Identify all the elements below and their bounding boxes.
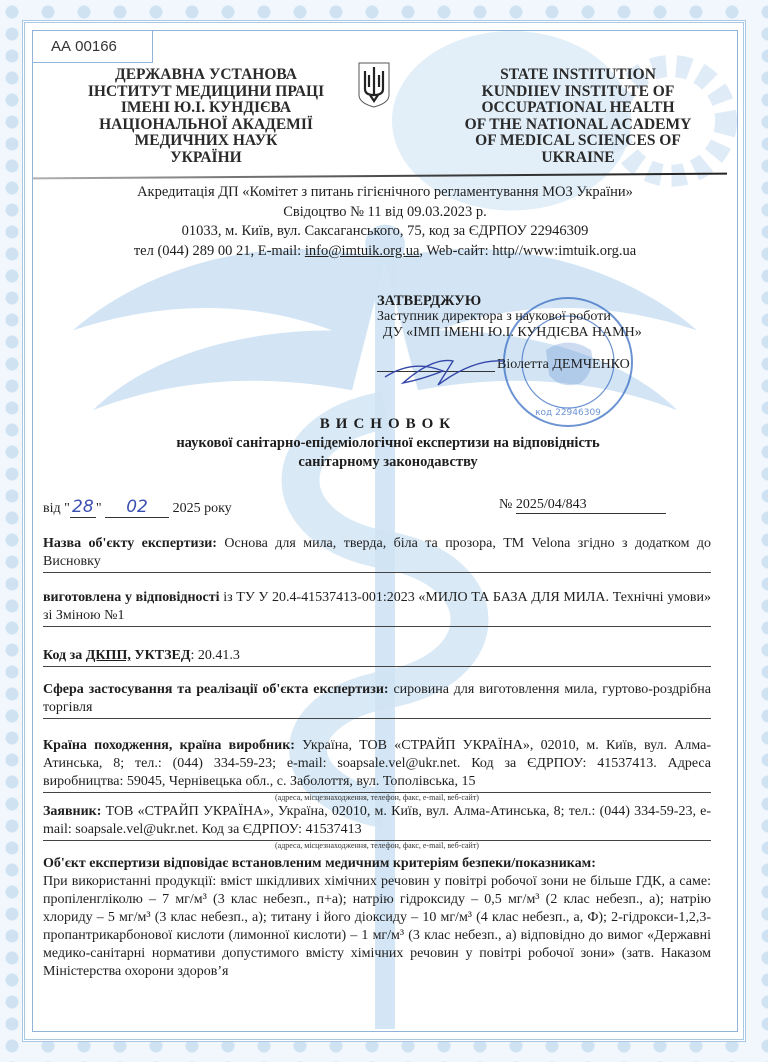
date-day: 28 <box>70 497 96 518</box>
header-ua-line: ДЕРЖАВНА УСТАНОВА <box>71 67 341 84</box>
web-label: , Web-сайт: <box>419 243 492 259</box>
header-en-line: STATE INSTITUTION <box>453 67 703 84</box>
header-ua-line: ІНСТИТУТ МЕДИЦИНИ ПРАЦІ <box>71 84 341 101</box>
field-caption: (адреса, місцезнаходження, телефон, факс… <box>43 841 711 850</box>
phone-text: тел (044) 289 00 21, E-mail: <box>134 243 305 259</box>
field-code: Код за ДКПП, УКТЗЕД: 20.41.3 <box>43 647 711 667</box>
institution-name-ua: ДЕРЖАВНА УСТАНОВА ІНСТИТУТ МЕДИЦИНИ ПРАЦ… <box>71 67 341 166</box>
compliance-section: Об'єкт експертизи відповідає встановлени… <box>43 855 711 981</box>
field-label: Назва об'єкту експертизи: <box>43 536 217 551</box>
field-label: Країна походження, країна виробник: <box>43 738 295 753</box>
accreditation-block: Акредитація ДП «Комітет з питань гігієні… <box>53 183 717 261</box>
address-line: 01033, м. Київ, вул. Саксаганського, 75,… <box>53 222 717 242</box>
conclusion-subtitle: наукової санітарно-епідеміологічної експ… <box>93 434 683 453</box>
handwritten-signature-icon <box>383 349 513 389</box>
field-label: УКТЗЕД <box>131 648 191 663</box>
field-caption: (адреса, місцезнаходження, телефон, факс… <box>43 793 711 802</box>
field-value: ТОВ «СТРАЙП УКРАЇНА», Україна, 02010, м.… <box>43 804 711 837</box>
header-ua-line: НАЦІОНАЛЬНОЇ АКАДЕМІЇ <box>71 117 341 134</box>
serial-number: АА 00166 <box>33 31 153 63</box>
header-en-line: OF THE NATIONAL ACADEMY <box>453 117 703 134</box>
institution-name-en: STATE INSTITUTION KUNDIIEV INSTITUTE OF … <box>453 67 703 166</box>
field-label: Код за <box>43 648 86 663</box>
approver-position: Заступник директора з наукової роботи <box>377 309 737 325</box>
contact-line: тел (044) 289 00 21, E-mail: info@imtuik… <box>53 242 717 262</box>
certificate-page: АА 00166 ДЕРЖАВНА УСТАНОВА ІНСТИТУТ МЕДИ… <box>32 30 738 1032</box>
number-value: 2025/04/843 <box>516 497 666 514</box>
field-label: виготовлена у відповідності <box>43 590 220 605</box>
accreditation-line: Акредитація ДП «Комітет з питань гігієні… <box>53 183 717 203</box>
field-scope: Сфера застосування та реалізації об'єкта… <box>43 681 711 719</box>
approver-organization: ДУ «ІМП ІМЕНІ Ю.І. КУНДІЄВА НАМН» <box>377 325 737 341</box>
website-link[interactable]: http//www:imtuik.org.ua <box>492 243 636 259</box>
field-label: Сфера застосування та реалізації об'єкта… <box>43 682 389 697</box>
compliance-heading: Об'єкт експертизи відповідає встановлени… <box>43 855 711 873</box>
header-ua-line: МЕДИЧНИХ НАУК <box>71 133 341 150</box>
certificate-line: Свідоцтво № 11 від 09.03.2023 р. <box>53 203 717 223</box>
date-prefix: від <box>43 501 61 516</box>
conclusion-title: ВИСНОВОК <box>93 415 683 434</box>
header-divider <box>33 173 727 180</box>
number-prefix: № <box>499 497 512 512</box>
field-origin: Країна походження, країна виробник: Укра… <box>43 737 711 793</box>
header-ua-line: УКРАЇНИ <box>71 150 341 167</box>
approver-name: Віолетта ДЕМЧЕНКО <box>497 357 630 373</box>
field-manufactured: виготовлена у відповідності із ТУ У 20.4… <box>43 589 711 627</box>
field-label: Заявник: <box>43 804 101 819</box>
field-label-link: ДКПП, <box>86 648 131 663</box>
date-year: 2025 року <box>173 501 232 516</box>
field-applicant: Заявник: ТОВ «СТРАЙП УКРАЇНА», Україна, … <box>43 803 711 841</box>
document-number: № 2025/04/843 <box>499 497 666 514</box>
header-en-line: OF MEDICAL SCIENCES OF <box>453 133 703 150</box>
header-en-line: UKRAINE <box>453 150 703 167</box>
field-object-name: Назва об'єкту експертизи: Основа для мил… <box>43 535 711 573</box>
header-ua-line: ІМЕНІ Ю.І. КУНДІЄВА <box>71 100 341 117</box>
trident-coat-of-arms-icon <box>357 61 391 109</box>
date-number-line: від "28" 02 2025 року № 2025/04/843 <box>43 497 723 519</box>
header-en-line: OCCUPATIONAL HEALTH <box>453 100 703 117</box>
conclusion-heading: ВИСНОВОК наукової санітарно-епідеміологі… <box>93 415 683 472</box>
email-link[interactable]: info@imtuik.org.ua <box>305 243 420 259</box>
approval-title: ЗАТВЕРДЖУЮ <box>377 293 737 309</box>
header-en-line: KUNDIIEV INSTITUTE OF <box>453 84 703 101</box>
date-month: 02 <box>105 497 169 518</box>
conclusion-subtitle: санітарному законодавству <box>93 453 683 472</box>
field-value: : 20.41.3 <box>190 648 239 663</box>
compliance-text: При використанні продукції: вміст шкідли… <box>43 873 711 981</box>
